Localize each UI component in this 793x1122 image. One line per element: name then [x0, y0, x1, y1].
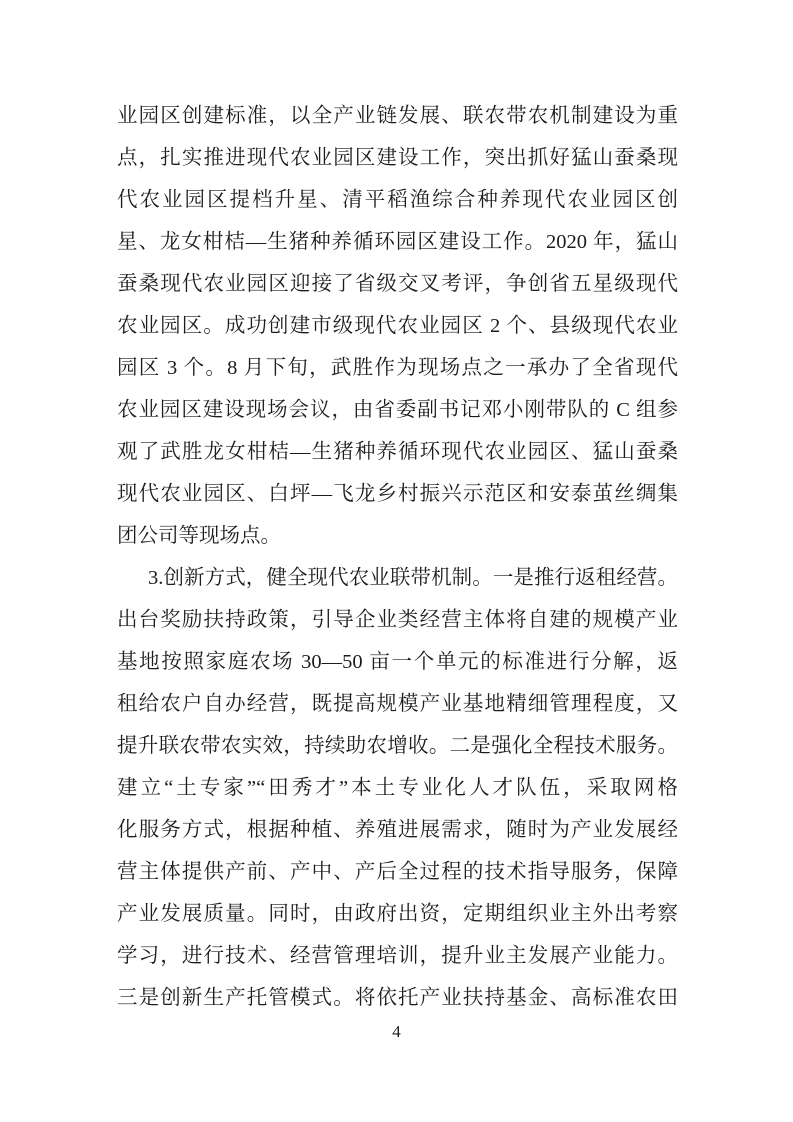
text-line: 租给农户自办经营，既提高规模产业基地精细管理程度，又	[117, 683, 678, 725]
text-line: 出台奖励扶持政策，引导企业类经营主体将自建的规模产业	[117, 599, 678, 641]
text-line: 点，扎实推进现代农业园区建设工作，突出抓好猛山蚕桑现	[117, 137, 678, 179]
text-line: 代农业园区提档升星、清平稻渔综合种养现代农业园区创	[117, 179, 678, 221]
text-line: 农业园区建设现场会议，由省委副书记邓小刚带队的 C 组参	[117, 389, 678, 431]
text-line: 农业园区。成功创建市级现代农业园区 2 个、县级现代农业	[117, 305, 678, 347]
text-line: 提升联农带农实效，持续助农增收。二是强化全程技术服务。	[117, 725, 678, 767]
page-body-text: 业园区创建标准，以全产业链发展、联农带农机制建设为重 点，扎实推进现代农业园区建…	[117, 95, 678, 1019]
text-line: 基地按照家庭农场 30—50 亩一个单元的标准进行分解，返	[117, 641, 678, 683]
text-line: 业园区创建标准，以全产业链发展、联农带农机制建设为重	[117, 95, 678, 137]
text-line-paragraph-start: 3.创新方式，健全现代农业联带机制。一是推行返租经营。	[117, 557, 678, 599]
text-line: 蚕桑现代农业园区迎接了省级交叉考评，争创省五星级现代	[117, 263, 678, 305]
page-number: 4	[0, 1022, 793, 1042]
text-line: 园区 3 个。8 月下旬，武胜作为现场点之一承办了全省现代	[117, 347, 678, 389]
text-line: 观了武胜龙女柑桔—生猪种养循环现代农业园区、猛山蚕桑	[117, 431, 678, 473]
text-line: 现代农业园区、白坪—飞龙乡村振兴示范区和安泰茧丝绸集	[117, 473, 678, 515]
text-line: 产业发展质量。同时，由政府出资，定期组织业主外出考察	[117, 893, 678, 935]
text-line: 三是创新生产托管模式。将依托产业扶持基金、高标准农田	[117, 977, 678, 1019]
text-line: 建立“土专家”“田秀才”本土专业化人才队伍，采取网格	[117, 767, 678, 809]
text-line: 营主体提供产前、产中、产后全过程的技术指导服务，保障	[117, 851, 678, 893]
document-page: 业园区创建标准，以全产业链发展、联农带农机制建设为重 点，扎实推进现代农业园区建…	[0, 0, 793, 1122]
text-line: 化服务方式，根据种植、养殖进展需求，随时为产业发展经	[117, 809, 678, 851]
text-line: 星、龙女柑桔—生猪种养循环园区建设工作。2020 年，猛山	[117, 221, 678, 263]
text-line: 学习，进行技术、经营管理培训，提升业主发展产业能力。	[117, 935, 678, 977]
text-line-paragraph-end: 团公司等现场点。	[117, 515, 678, 557]
